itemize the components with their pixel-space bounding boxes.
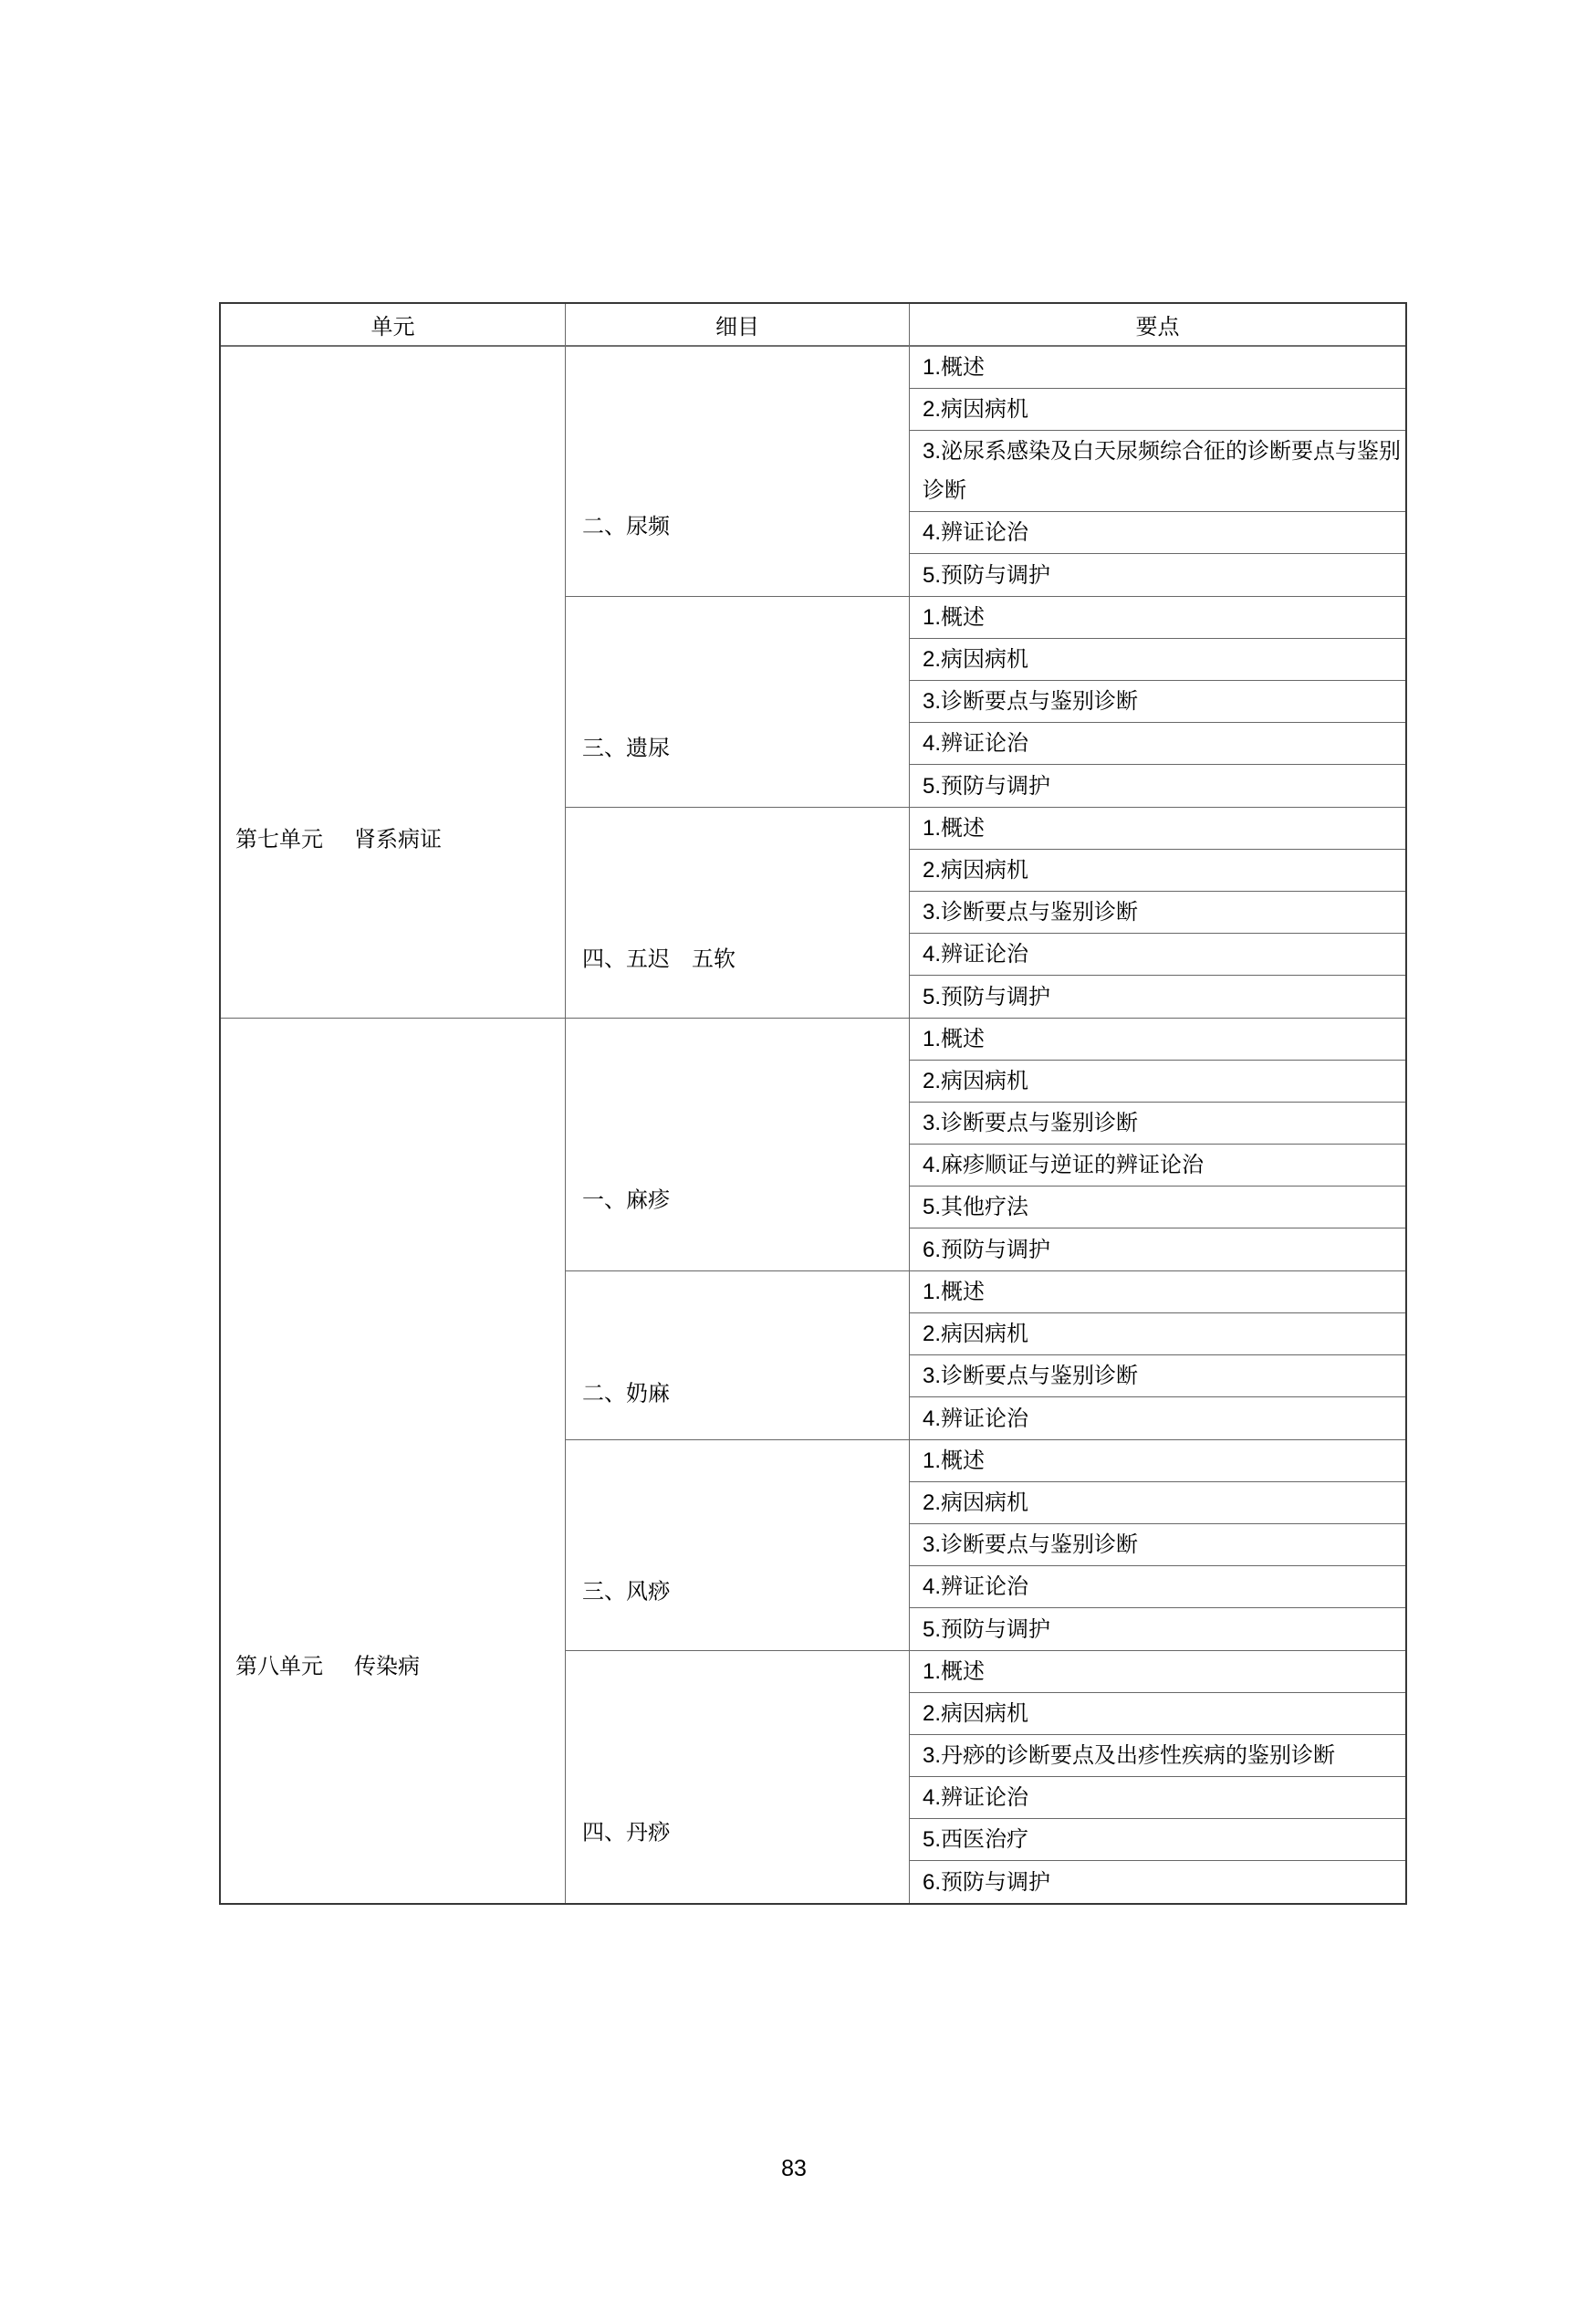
unit-number: 第八单元	[235, 1648, 323, 1680]
section-row-group: 二、奶麻 1.概述 2.病因病机 3.诊断要点与鉴别诊断 4.辨证论治	[566, 1271, 1405, 1440]
point-text: 5.预防与调护	[923, 556, 1050, 595]
point-text: 5.预防与调护	[923, 1610, 1050, 1649]
section-points: 1.概述 2.病因病机 3.诊断要点与鉴别诊断 4.辨证论治	[910, 1271, 1405, 1439]
document-page: { "page": { "number": "83" }, "table": {…	[0, 0, 1596, 2300]
point-row: 2.病因病机	[910, 1061, 1405, 1103]
unit-sections: 一、麻疹 1.概述 2.病因病机 3.诊断要点与鉴别诊断 4.麻疹顺证与逆证的辨…	[566, 1019, 1405, 1903]
point-text: 4.麻疹顺证与逆证的辨证论治	[923, 1145, 1204, 1185]
column-header-unit: 单元	[221, 304, 566, 345]
subcategory-cell: 二、尿频	[566, 347, 910, 596]
point-row: 2.病因病机	[910, 389, 1405, 431]
table-body: 第七单元 肾系病证 二、尿频 1.概述 2.病因病机 3.泌尿系感染及白天尿频综…	[221, 347, 1405, 1903]
point-row: 4.辨证论治	[910, 934, 1405, 976]
point-text: 2.病因病机	[923, 1483, 1028, 1522]
point-text: 2.病因病机	[923, 1314, 1028, 1354]
point-text: 1.概述	[923, 1441, 985, 1480]
section-points: 1.概述 2.病因病机 3.诊断要点与鉴别诊断 4.辨证论治 5.预防与调护	[910, 1440, 1405, 1650]
point-text: 3.丹痧的诊断要点及出疹性疾病的鉴别诊断	[923, 1736, 1335, 1775]
subcategory-label: 三、遗尿	[582, 730, 670, 762]
point-row: 3.诊断要点与鉴别诊断	[910, 1355, 1405, 1397]
section-points: 1.概述 2.病因病机 3.诊断要点与鉴别诊断 4.辨证论治 5.预防与调护	[910, 808, 1405, 1018]
unit-label: 第七单元 肾系病证	[235, 821, 442, 852]
point-text: 4.辨证论治	[923, 1778, 1028, 1817]
section-row-group: 四、丹痧 1.概述 2.病因病机 3.丹痧的诊断要点及出疹性疾病的鉴别诊断 4.…	[566, 1651, 1405, 1903]
point-row: 1.概述	[910, 808, 1405, 850]
point-row: 1.概述	[910, 1651, 1405, 1693]
section-points: 1.概述 2.病因病机 3.泌尿系感染及白天尿频综合征的诊断要点与鉴别诊断 4.…	[910, 347, 1405, 596]
subcategory-cell: 三、风痧	[566, 1440, 910, 1650]
point-text: 3.诊断要点与鉴别诊断	[923, 1356, 1138, 1396]
point-text: 2.病因病机	[923, 390, 1028, 429]
point-row: 1.概述	[910, 1019, 1405, 1061]
point-text: 6.预防与调护	[923, 1863, 1050, 1902]
point-text: 3.诊断要点与鉴别诊断	[923, 1525, 1138, 1564]
point-text: 1.概述	[923, 1272, 985, 1312]
point-row: 4.辨证论治	[910, 1397, 1405, 1439]
point-row: 2.病因病机	[910, 639, 1405, 681]
subcategory-label: 二、奶麻	[582, 1375, 670, 1406]
point-row: 3.诊断要点与鉴别诊断	[910, 1103, 1405, 1145]
point-text: 3.泌尿系感染及白天尿频综合征的诊断要点与鉴别诊断	[923, 432, 1402, 510]
point-row: 4.辨证论治	[910, 1777, 1405, 1819]
subcategory-label: 三、风痧	[582, 1573, 670, 1605]
point-row: 4.辨证论治	[910, 723, 1405, 765]
point-text: 1.概述	[923, 1019, 985, 1059]
section-row-group: 四、五迟 五软 1.概述 2.病因病机 3.诊断要点与鉴别诊断 4.辨证论治 5…	[566, 808, 1405, 1018]
unit-sections: 二、尿频 1.概述 2.病因病机 3.泌尿系感染及白天尿频综合征的诊断要点与鉴别…	[566, 347, 1405, 1018]
subcategory-label: 四、丹痧	[582, 1814, 670, 1845]
subcategory-cell: 四、五迟 五软	[566, 808, 910, 1018]
point-row: 5.预防与调护	[910, 765, 1405, 807]
point-row: 5.西医治疗	[910, 1819, 1405, 1861]
point-row: 2.病因病机	[910, 1693, 1405, 1735]
point-text: 5.其他疗法	[923, 1187, 1028, 1227]
section-points: 1.概述 2.病因病机 3.诊断要点与鉴别诊断 4.辨证论治 5.预防与调护	[910, 597, 1405, 807]
point-row: 5.其他疗法	[910, 1187, 1405, 1228]
point-text: 1.概述	[923, 348, 985, 387]
syllabus-table: 单元 细目 要点 第七单元 肾系病证 二、尿频 1.概述 2.病因病机 3.泌尿…	[219, 302, 1407, 1905]
point-text: 3.诊断要点与鉴别诊断	[923, 893, 1138, 932]
point-text: 2.病因病机	[923, 640, 1028, 679]
subcategory-cell: 一、麻疹	[566, 1019, 910, 1270]
point-text: 4.辨证论治	[923, 513, 1028, 552]
point-row: 4.辨证论治	[910, 1566, 1405, 1608]
point-text: 1.概述	[923, 809, 985, 848]
point-text: 4.辨证论治	[923, 724, 1028, 763]
point-row: 1.概述	[910, 1271, 1405, 1313]
point-text: 4.辨证论治	[923, 1567, 1028, 1606]
subcategory-label: 四、五迟 五软	[582, 941, 735, 973]
unit-row-group: 第八单元 传染病 一、麻疹 1.概述 2.病因病机 3.诊断要点与鉴别诊断 4.…	[221, 1019, 1405, 1903]
unit-name: 传染病	[354, 1648, 420, 1680]
point-row: 4.辨证论治	[910, 512, 1405, 554]
subcategory-label: 二、尿频	[582, 507, 670, 539]
point-row: 1.概述	[910, 347, 1405, 389]
subcategory-label: 一、麻疹	[582, 1181, 670, 1213]
unit-number: 第七单元	[235, 821, 323, 852]
point-row: 5.预防与调护	[910, 976, 1405, 1018]
point-row: 1.概述	[910, 1440, 1405, 1482]
point-row: 3.泌尿系感染及白天尿频综合征的诊断要点与鉴别诊断	[910, 431, 1405, 512]
page-number: 83	[767, 2156, 821, 2182]
point-row: 2.病因病机	[910, 1482, 1405, 1524]
subcategory-cell: 二、奶麻	[566, 1271, 910, 1439]
point-text: 3.诊断要点与鉴别诊断	[923, 682, 1138, 721]
point-row: 2.病因病机	[910, 850, 1405, 892]
section-row-group: 三、风痧 1.概述 2.病因病机 3.诊断要点与鉴别诊断 4.辨证论治 5.预防…	[566, 1440, 1405, 1651]
subcategory-cell: 四、丹痧	[566, 1651, 910, 1903]
point-row: 6.预防与调护	[910, 1861, 1405, 1903]
section-points: 1.概述 2.病因病机 3.丹痧的诊断要点及出疹性疾病的鉴别诊断 4.辨证论治 …	[910, 1651, 1405, 1903]
point-row: 5.预防与调护	[910, 1608, 1405, 1650]
section-points: 1.概述 2.病因病机 3.诊断要点与鉴别诊断 4.麻疹顺证与逆证的辨证论治 5…	[910, 1019, 1405, 1270]
unit-name: 肾系病证	[354, 821, 442, 852]
point-row: 6.预防与调护	[910, 1228, 1405, 1270]
point-row: 1.概述	[910, 597, 1405, 639]
table-header-row: 单元 细目 要点	[221, 304, 1405, 347]
point-row: 3.诊断要点与鉴别诊断	[910, 892, 1405, 934]
point-row: 3.诊断要点与鉴别诊断	[910, 1524, 1405, 1566]
point-text: 6.预防与调护	[923, 1230, 1050, 1270]
point-row: 3.丹痧的诊断要点及出疹性疾病的鉴别诊断	[910, 1735, 1405, 1777]
point-text: 1.概述	[923, 598, 985, 637]
point-row: 4.麻疹顺证与逆证的辨证论治	[910, 1145, 1405, 1187]
point-text: 1.概述	[923, 1652, 985, 1691]
point-row: 5.预防与调护	[910, 554, 1405, 596]
point-text: 5.西医治疗	[923, 1820, 1028, 1859]
point-text: 3.诊断要点与鉴别诊断	[923, 1103, 1138, 1143]
point-text: 4.辨证论治	[923, 935, 1028, 974]
unit-cell: 第八单元 传染病	[221, 1019, 566, 1903]
unit-row-group: 第七单元 肾系病证 二、尿频 1.概述 2.病因病机 3.泌尿系感染及白天尿频综…	[221, 347, 1405, 1019]
column-header-subcategory: 细目	[566, 304, 910, 345]
section-row-group: 二、尿频 1.概述 2.病因病机 3.泌尿系感染及白天尿频综合征的诊断要点与鉴别…	[566, 347, 1405, 597]
point-text: 5.预防与调护	[923, 977, 1050, 1017]
point-text: 5.预防与调护	[923, 767, 1050, 806]
point-row: 3.诊断要点与鉴别诊断	[910, 681, 1405, 723]
section-row-group: 一、麻疹 1.概述 2.病因病机 3.诊断要点与鉴别诊断 4.麻疹顺证与逆证的辨…	[566, 1019, 1405, 1271]
column-header-points: 要点	[910, 304, 1405, 345]
point-text: 2.病因病机	[923, 851, 1028, 890]
unit-label: 第八单元 传染病	[235, 1648, 420, 1680]
point-row: 2.病因病机	[910, 1313, 1405, 1355]
unit-cell: 第七单元 肾系病证	[221, 347, 566, 1018]
point-text: 4.辨证论治	[923, 1399, 1028, 1438]
section-row-group: 三、遗尿 1.概述 2.病因病机 3.诊断要点与鉴别诊断 4.辨证论治 5.预防…	[566, 597, 1405, 808]
point-text: 2.病因病机	[923, 1694, 1028, 1733]
point-text: 2.病因病机	[923, 1061, 1028, 1101]
subcategory-cell: 三、遗尿	[566, 597, 910, 807]
